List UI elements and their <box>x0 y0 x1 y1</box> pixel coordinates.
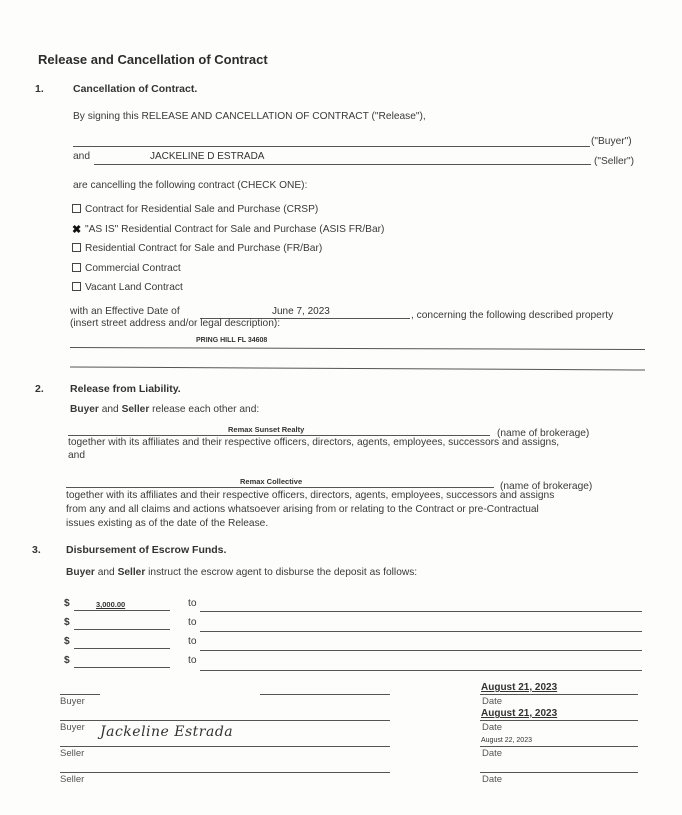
date-value: August 21, 2023 <box>481 708 557 719</box>
intro-rest: release each other and: <box>149 404 259 415</box>
recipient-line[interactable] <box>200 670 642 671</box>
currency-symbol: $ <box>64 655 70 666</box>
date-value: August 22, 2023 <box>481 737 532 744</box>
buyer-label: ("Buyer") <box>591 136 632 147</box>
section-1-heading: Cancellation of Contract. <box>73 83 197 95</box>
property-address-value: PRING HILL FL 34608 <box>196 337 267 344</box>
document-title: Release and Cancellation of Contract <box>38 52 268 67</box>
redaction <box>100 686 260 700</box>
date-line[interactable] <box>480 772 638 773</box>
property-address-line-2[interactable] <box>70 366 645 370</box>
signature-line[interactable] <box>60 746 390 747</box>
date-line[interactable] <box>480 720 638 721</box>
section-3-heading: Disbursement of Escrow Funds. <box>66 544 226 556</box>
affiliates-2-line-2: from any and all claims and actions what… <box>66 504 539 515</box>
amount-line[interactable] <box>74 629 170 630</box>
signature-role-label: Buyer <box>60 722 85 733</box>
seller-name-line[interactable] <box>94 164 591 165</box>
brokerage-2-value: Remax Collective <box>240 477 302 486</box>
section-2-number: 2. <box>35 383 44 395</box>
effective-date-value: June 7, 2023 <box>272 306 330 317</box>
brokerage-2-line[interactable] <box>66 487 494 488</box>
checkbox-icon[interactable] <box>72 204 81 213</box>
date-label: Date <box>482 748 502 759</box>
amount-line[interactable] <box>74 610 170 611</box>
checkbox-icon[interactable] <box>72 263 81 272</box>
seller-word: Seller <box>122 404 150 415</box>
currency-symbol: $ <box>64 636 70 647</box>
contract-option-label: Vacant Land Contract <box>85 282 183 293</box>
section-1-intro: By signing this RELEASE AND CANCELLATION… <box>73 111 426 122</box>
to-label: to <box>188 655 197 666</box>
affiliates-1-line-2: and <box>68 450 85 461</box>
checkbox-icon[interactable] <box>72 243 81 252</box>
section-1-number: 1. <box>35 83 44 95</box>
section-2-intro: Buyer and Seller release each other and: <box>70 404 259 415</box>
date-label: Date <box>482 696 502 707</box>
seller-label: ("Seller") <box>594 156 634 167</box>
currency-symbol: $ <box>64 598 70 609</box>
section-2-heading: Release from Liability. <box>70 383 181 395</box>
contract-option-label: "AS IS" Residential Contract for Sale an… <box>85 224 384 235</box>
effective-date-suffix: , concerning the following described pro… <box>411 310 613 321</box>
property-address-line-1[interactable] <box>70 347 645 350</box>
effective-date-prefix: with an Effective Date of <box>70 306 180 317</box>
date-value: August 21, 2023 <box>481 682 557 693</box>
brokerage-1-value: Remax Sunset Realty <box>228 425 304 434</box>
affiliates-2-line-1: together with its affiliates and their r… <box>66 490 554 501</box>
and-label: and <box>73 151 90 162</box>
and-word: and <box>95 567 118 578</box>
redaction <box>110 334 194 346</box>
seller-word: Seller <box>118 567 146 578</box>
contract-option-label: Residential Contract for Sale and Purcha… <box>85 243 322 254</box>
contract-option[interactable]: Commercial Contract <box>72 263 181 274</box>
date-label: Date <box>482 722 502 733</box>
date-label: Date <box>482 774 502 785</box>
date-line[interactable] <box>480 694 638 695</box>
recipient-line[interactable] <box>200 611 642 612</box>
handwritten-signature: Jackeline Estrada <box>100 724 233 740</box>
buyer-word: Buyer <box>66 567 95 578</box>
to-label: to <box>188 598 197 609</box>
contract-option[interactable]: ✖"AS IS" Residential Contract for Sale a… <box>72 224 384 235</box>
contract-option[interactable]: Vacant Land Contract <box>72 282 183 293</box>
redaction <box>200 596 360 608</box>
amount-line[interactable] <box>74 648 170 649</box>
affiliates-2-line-3: issues existing as of the date of the Re… <box>66 518 268 529</box>
checkbox-icon[interactable] <box>72 282 81 291</box>
address-hint: (insert street address and/or legal desc… <box>70 318 280 329</box>
recipient-line[interactable] <box>200 650 642 651</box>
redaction <box>170 130 530 144</box>
to-label: to <box>188 636 197 647</box>
check-prompt: are cancelling the following contract (C… <box>73 180 307 191</box>
section-3-number: 3. <box>32 544 41 556</box>
seller-name-value: JACKELINE D ESTRADA <box>150 151 264 162</box>
to-label: to <box>188 617 197 628</box>
signature-role-label: Buyer <box>60 696 85 707</box>
amount-value: 3,000.00 <box>96 600 125 609</box>
signature-role-label: Seller <box>60 748 84 759</box>
currency-symbol: $ <box>64 617 70 628</box>
buyer-name-line[interactable] <box>73 146 590 147</box>
intro-rest: instruct the escrow agent to disburse th… <box>145 567 417 578</box>
signature-role-label: Seller <box>60 774 84 785</box>
signature-line[interactable] <box>60 772 390 773</box>
buyer-word: Buyer <box>70 404 99 415</box>
checkbox-checked-icon[interactable]: ✖ <box>72 226 81 235</box>
brokerage-1-line[interactable] <box>68 435 490 436</box>
and-word: and <box>99 404 122 415</box>
contract-option-label: Commercial Contract <box>85 263 181 274</box>
section-3-intro: Buyer and Seller instruct the escrow age… <box>66 567 417 578</box>
amount-line[interactable] <box>74 667 170 668</box>
recipient-line[interactable] <box>200 631 642 632</box>
date-line[interactable] <box>480 746 638 747</box>
contract-option-label: Contract for Residential Sale and Purcha… <box>85 204 318 215</box>
contract-option[interactable]: Residential Contract for Sale and Purcha… <box>72 243 322 254</box>
affiliates-1-line-1: together with its affiliates and their r… <box>68 437 559 448</box>
contract-option[interactable]: Contract for Residential Sale and Purcha… <box>72 204 318 215</box>
signature-line[interactable] <box>60 720 390 721</box>
